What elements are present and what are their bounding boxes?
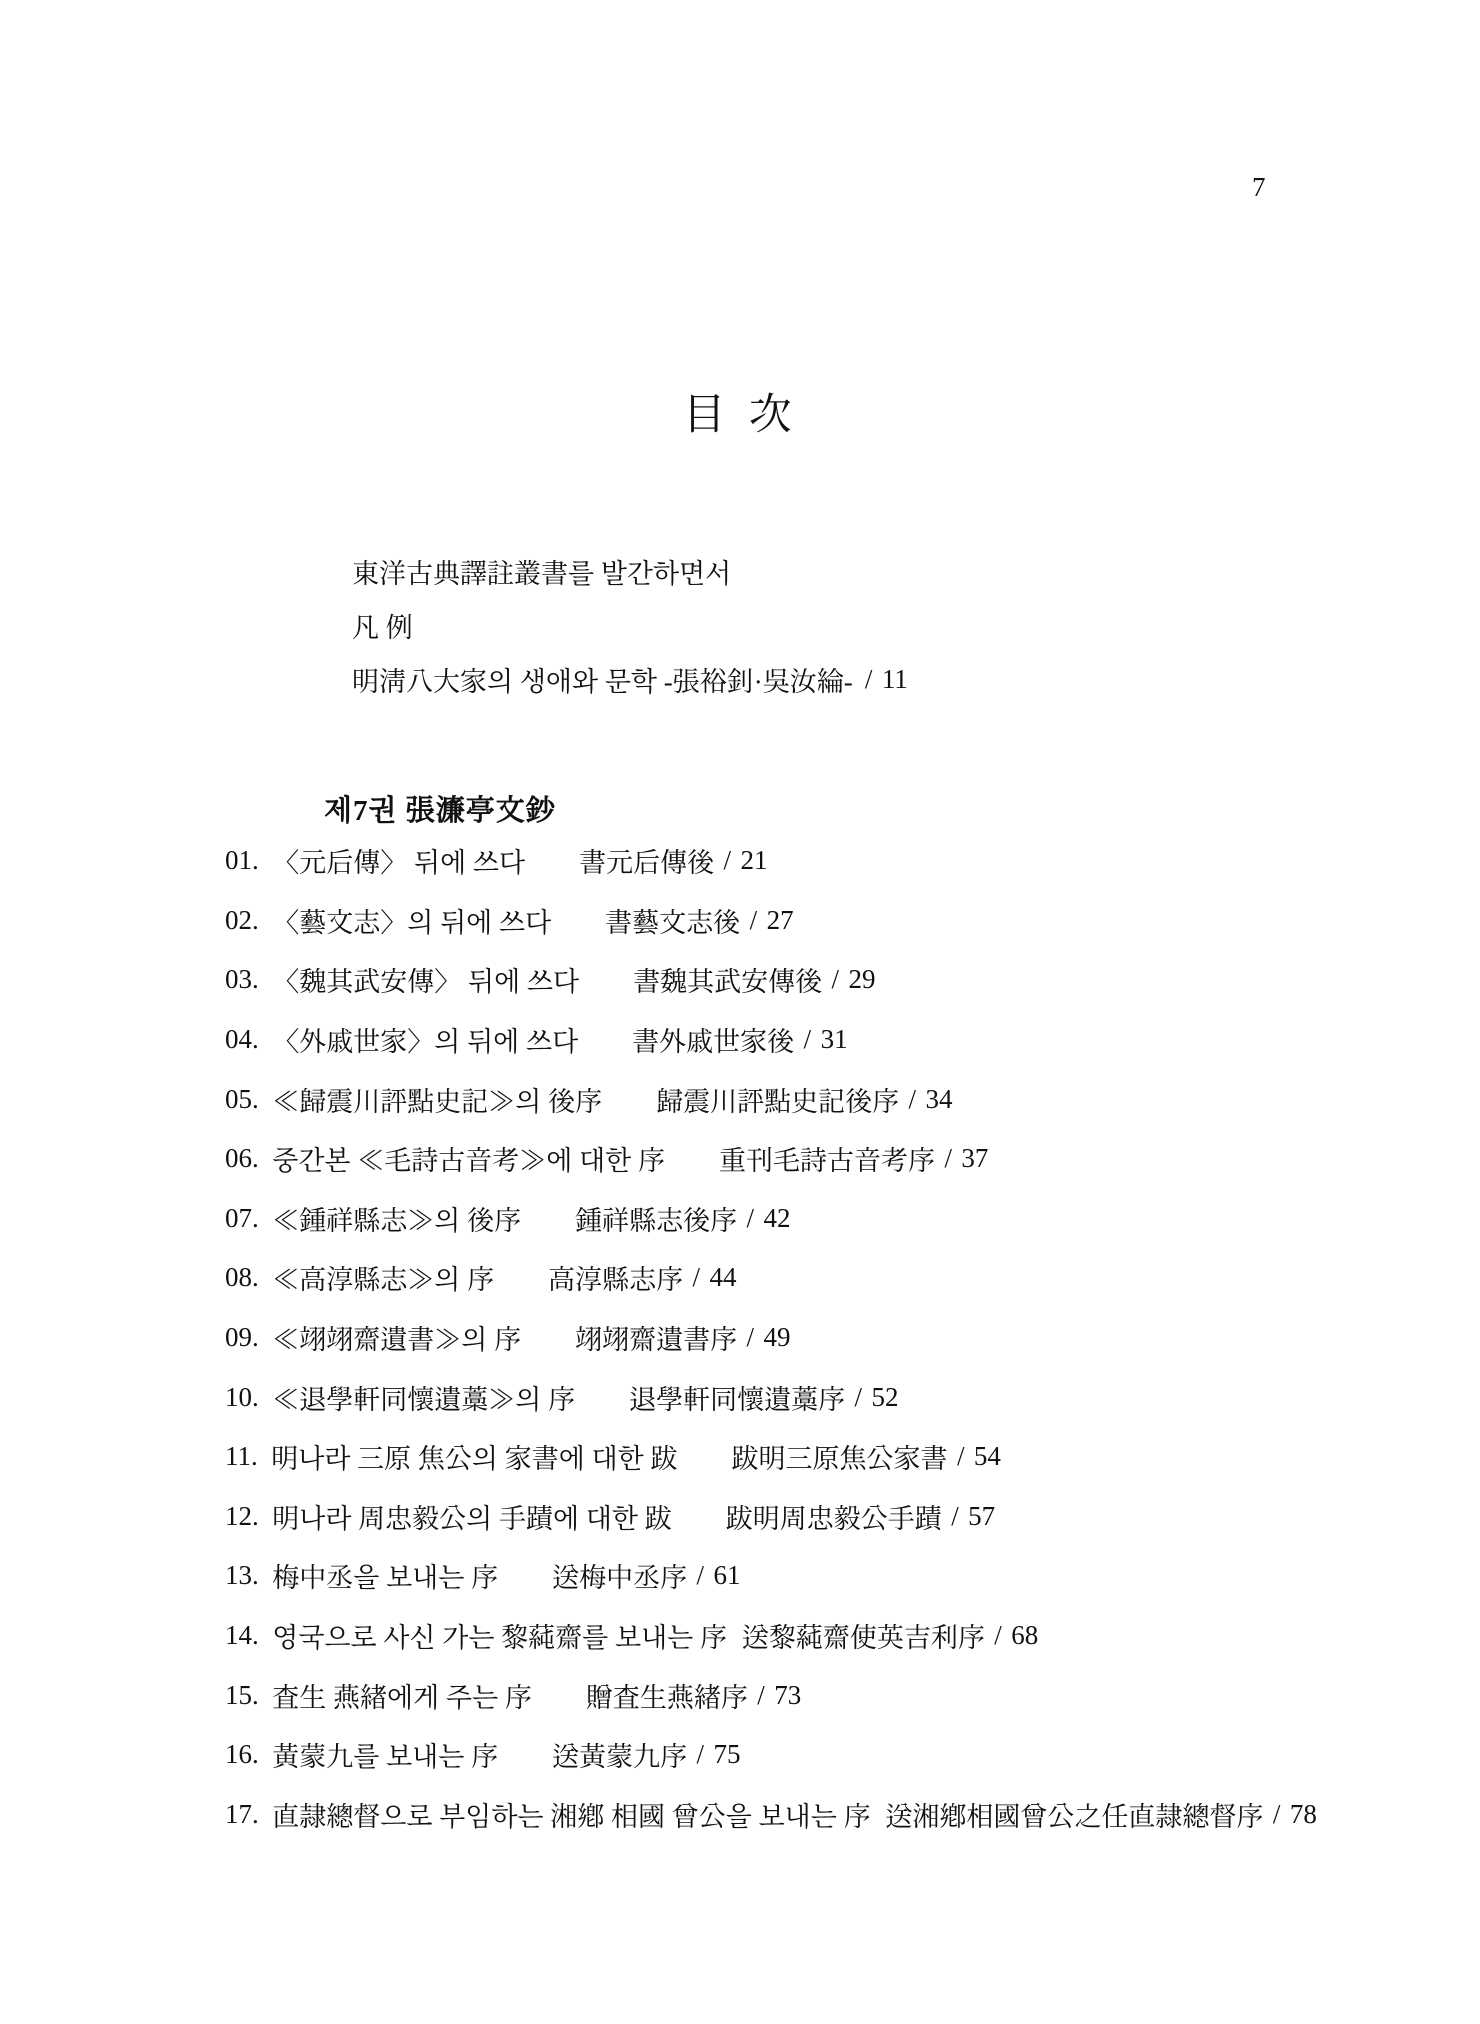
toc-item-title-ko: ≪退學軒同懷遺藁≫의 序	[272, 1378, 575, 1417]
toc-item-number: 01.	[225, 845, 259, 876]
toc-item-title-zh: 跋明三原焦公家書	[732, 1437, 948, 1476]
toc-item-number: 07.	[225, 1203, 259, 1234]
toc-item: 10. ≪退學軒同懷遺藁≫의 序 退學軒同懷遺藁序 / 52	[225, 1367, 1440, 1427]
toc-item-title-ko: 明나라 周忠毅公의 手蹟에 대한 跋	[272, 1497, 672, 1536]
toc-item-separator: /	[757, 1680, 765, 1711]
front-matter-line: 東洋古典譯註叢書를 발간하면서	[352, 544, 1420, 598]
toc-item-title-zh: 翊翊齋遺書序	[575, 1318, 737, 1357]
toc-item-page: 34	[925, 1084, 952, 1115]
toc-item-separator: /	[804, 1024, 812, 1055]
toc-item: 03. 〈魏其武安傳〉 뒤에 쓰다 書魏其武安傳後 / 29	[225, 950, 1440, 1010]
front-matter-pageref: /11	[853, 664, 908, 695]
toc-item-separator: /	[994, 1620, 1002, 1651]
toc-item-separator: /	[697, 1560, 705, 1591]
toc-item: 13. 梅中丞을 보내는 序 送梅中丞序 / 61	[225, 1546, 1440, 1606]
toc-item: 17. 直隷總督으로 부임하는 湘鄕 相國 曾公을 보내는 序 送湘鄕相國曾公之…	[225, 1785, 1440, 1845]
toc-item-number: 06.	[225, 1143, 259, 1174]
front-matter-text: 東洋古典譯註叢書를 발간하면서	[352, 552, 731, 591]
toc-item-number: 16.	[225, 1739, 259, 1770]
toc-item-title-zh: 重刊毛詩古音考序	[719, 1139, 935, 1178]
front-matter-line: 明淸八大家의 생애와 문학 -張裕釗·吳汝綸- /11	[352, 652, 1420, 706]
toc-item-separator: /	[832, 964, 840, 995]
toc-item-title-ko: ≪翊翊齋遺書≫의 序	[272, 1318, 521, 1357]
toc-item-title-ko: 〈外戚世家〉의 뒤에 쓰다	[272, 1020, 578, 1059]
toc-item-number: 09.	[225, 1322, 259, 1353]
toc-item-separator: /	[747, 1203, 755, 1234]
toc-item: 02. 〈藝文志〉의 뒤에 쓰다 書藝文志後 / 27	[225, 891, 1440, 951]
toc-item-title-ko: ≪鍾祥縣志≫의 後序	[272, 1199, 521, 1238]
toc-item-separator: /	[747, 1322, 755, 1353]
toc-item-title-zh: 書藝文志後	[605, 901, 740, 940]
front-matter-text: 凡 例	[352, 606, 413, 645]
toc-item-page: 61	[713, 1560, 740, 1591]
toc-item-title-zh: 書外戚世家後	[632, 1020, 794, 1059]
toc-item-page: 78	[1290, 1799, 1317, 1830]
toc-item-title-ko: 明나라 三原 焦公의 家書에 대한 跋	[271, 1437, 677, 1476]
toc-item-title-ko: 黃蒙九를 보내는 序	[272, 1735, 498, 1774]
toc-item: 16. 黃蒙九를 보내는 序 送黃蒙九序 / 75	[225, 1725, 1440, 1785]
toc-item-title-zh: 高淳縣志序	[548, 1258, 683, 1297]
toc-item-title-zh: 送黃蒙九序	[552, 1735, 687, 1774]
toc-item-number: 12.	[225, 1501, 259, 1532]
toc-item-number: 14.	[225, 1620, 259, 1651]
toc-item-separator: /	[750, 905, 758, 936]
front-matter-line: 凡 例	[352, 598, 1420, 652]
toc-item-title-zh: 鍾祥縣志後序	[575, 1199, 737, 1238]
toc-item-number: 02.	[225, 905, 259, 936]
toc-item-number: 10.	[225, 1382, 259, 1413]
toc-item-page: 57	[968, 1501, 995, 1532]
toc-item-title-zh: 書元后傳後	[579, 841, 714, 880]
toc-item-separator: /	[1273, 1799, 1281, 1830]
toc-item: 09. ≪翊翊齋遺書≫의 序 翊翊齋遺書序 / 49	[225, 1308, 1440, 1368]
toc-item: 14. 영국으로 사신 가는 黎蒓齋를 보내는 序 送黎蒓齋使英吉利序 / 68	[225, 1606, 1440, 1666]
toc-item-title-ko: 査生 燕緖에게 주는 序	[272, 1676, 532, 1715]
toc-item-number: 15.	[225, 1680, 259, 1711]
toc-item-page: 75	[713, 1739, 740, 1770]
toc-item-title-zh: 退學軒同懷遺藁序	[629, 1378, 845, 1417]
toc-item: 04. 〈外戚世家〉의 뒤에 쓰다 書外戚世家後 / 31	[225, 1010, 1440, 1070]
toc-item-title-ko: ≪歸震川評點史記≫의 後序	[272, 1080, 602, 1119]
toc-item-number: 03.	[225, 964, 259, 995]
toc-item-title-ko: ≪高淳縣志≫의 序	[272, 1258, 494, 1297]
toc-item: 08. ≪高淳縣志≫의 序 高淳縣志序 / 44	[225, 1248, 1440, 1308]
toc-item-page: 42	[763, 1203, 790, 1234]
toc-item-separator: /	[855, 1382, 863, 1413]
toc-item: 06. 중간본 ≪毛詩古音考≫에 대한 序 重刊毛詩古音考序 / 37	[225, 1129, 1440, 1189]
toc-item-page: 29	[848, 964, 875, 995]
page-number: 7	[1252, 172, 1266, 203]
toc-item-page: 68	[1011, 1620, 1038, 1651]
toc-item-separator: /	[944, 1143, 952, 1174]
front-matter-text: 明淸八大家의 생애와 문학 -張裕釗·吳汝綸-	[352, 660, 853, 699]
toc-item: 15. 査生 燕緖에게 주는 序 贈査生燕緖序 / 73	[225, 1665, 1440, 1725]
toc-item-page: 54	[974, 1441, 1001, 1472]
toc-list: 01. 〈元后傳〉 뒤에 쓰다 書元后傳後 / 21 02. 〈藝文志〉의 뒤에…	[225, 831, 1440, 1844]
toc-item-title-zh: 送湘鄕相國曾公之任直隷總督序	[885, 1795, 1263, 1834]
toc-item-page: 21	[740, 845, 767, 876]
toc-item-separator: /	[951, 1501, 959, 1532]
page-title: 目 次	[0, 381, 1480, 442]
toc-item-title-zh: 歸震川評點史記後序	[656, 1080, 899, 1119]
front-matter-separator: /	[865, 664, 873, 694]
toc-item: 12. 明나라 周忠毅公의 手蹟에 대한 跋 跋明周忠毅公手蹟 / 57	[225, 1487, 1440, 1547]
toc-item-title-ko: 중간본 ≪毛詩古音考≫에 대한 序	[272, 1139, 665, 1178]
toc-item-separator: /	[693, 1262, 701, 1293]
toc-item-page: 37	[961, 1143, 988, 1174]
toc-item-number: 04.	[225, 1024, 259, 1055]
toc-item-title-zh: 跋明周忠毅公手蹟	[726, 1497, 942, 1536]
toc-item-title-zh: 送黎蒓齋使英吉利序	[742, 1616, 985, 1655]
toc-item-page: 44	[709, 1262, 736, 1293]
toc-item-number: 05.	[225, 1084, 259, 1115]
toc-item-page: 52	[871, 1382, 898, 1413]
toc-item-title-ko: 〈元后傳〉 뒤에 쓰다	[272, 841, 525, 880]
toc-item-title-ko: 영국으로 사신 가는 黎蒓齋를 보내는 序	[272, 1616, 727, 1655]
toc-item-number: 11.	[225, 1441, 258, 1472]
toc-item: 01. 〈元后傳〉 뒤에 쓰다 書元后傳後 / 21	[225, 831, 1440, 891]
toc-item-number: 08.	[225, 1262, 259, 1293]
toc-item-number: 13.	[225, 1560, 259, 1591]
toc-item: 11. 明나라 三原 焦公의 家書에 대한 跋 跋明三原焦公家書 / 54	[225, 1427, 1440, 1487]
toc-item-title-ko: 梅中丞을 보내는 序	[272, 1556, 498, 1595]
toc-item-title-ko: 〈魏其武安傳〉 뒤에 쓰다	[272, 960, 579, 999]
document-page: { "page": { "number": "7", "title": "目 次…	[0, 0, 1480, 2024]
toc-item-page: 27	[767, 905, 794, 936]
toc-item: 07. ≪鍾祥縣志≫의 後序 鍾祥縣志後序 / 42	[225, 1189, 1440, 1249]
toc-item: 05. ≪歸震川評點史記≫의 後序 歸震川評點史記後序 / 34	[225, 1069, 1440, 1129]
toc-item-title-ko: 直隷總督으로 부임하는 湘鄕 相國 曾公을 보내는 序	[272, 1795, 870, 1834]
toc-item-separator: /	[957, 1441, 965, 1472]
toc-item-title-ko: 〈藝文志〉의 뒤에 쓰다	[272, 901, 551, 940]
toc-item-separator: /	[697, 1739, 705, 1770]
front-matter-page-number: 11	[882, 664, 908, 694]
section-title: 제7권 張濂亭文鈔	[324, 788, 556, 829]
toc-item-title-zh: 書魏其武安傳後	[633, 960, 822, 999]
toc-item-number: 17.	[225, 1799, 259, 1830]
toc-item-title-zh: 送梅中丞序	[552, 1556, 687, 1595]
toc-item-title-zh: 贈査生燕緖序	[586, 1676, 748, 1715]
front-matter: 東洋古典譯註叢書를 발간하면서 凡 例 明淸八大家의 생애와 문학 -張裕釗·吳…	[352, 544, 1420, 706]
toc-item-separator: /	[724, 845, 732, 876]
toc-item-page: 49	[763, 1322, 790, 1353]
toc-item-page: 73	[774, 1680, 801, 1711]
toc-item-page: 31	[821, 1024, 848, 1055]
toc-item-separator: /	[909, 1084, 917, 1115]
